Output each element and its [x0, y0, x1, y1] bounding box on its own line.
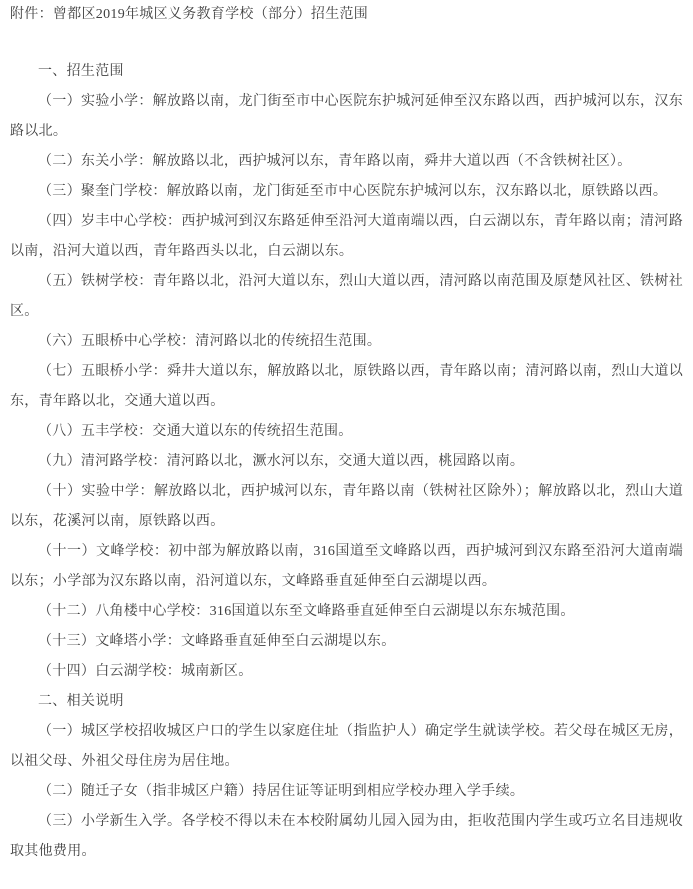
paragraph: （四）岁丰中心学校：西护城河到汉东路延伸至沿河大道南端以西，白云湖以东，青年路以…: [10, 207, 683, 267]
paragraph: （一）实验小学：解放路以南，龙门街至市中心医院东护城河延伸至汉东路以西，西护城河…: [10, 87, 683, 147]
document: 附件：曾都区2019年城区义务教育学校（部分）招生范围 一、招生范围（一）实验小…: [0, 0, 693, 867]
paragraph: （六）五眼桥中心学校：清河路以北的传统招生范围。: [10, 327, 683, 357]
page: 附件：曾都区2019年城区义务教育学校（部分）招生范围 一、招生范围（一）实验小…: [0, 0, 693, 889]
paragraph: （九）清河路学校：清河路以北，㵐水河以东，交通大道以西，桃园路以南。: [10, 447, 683, 477]
paragraph: （三）小学新生入学。各学校不得以未在本校附属幼儿园入园为由，拒收范围内学生或巧立…: [10, 807, 683, 867]
paragraph: （十四）白云湖学校：城南新区。: [10, 657, 683, 687]
paragraph: （五）铁树学校：青年路以北，沿河大道以东，烈山大道以西，清河路以南范围及原楚风社…: [10, 267, 683, 327]
section-heading: 一、招生范围: [10, 57, 683, 87]
paragraph: （七）五眼桥小学：舜井大道以东，解放路以北，原铁路以西，青年路以南；清河路以南，…: [10, 357, 683, 417]
paragraph: （二）东关小学：解放路以北，西护城河以东，青年路以南，舜井大道以西（不含铁树社区…: [10, 147, 683, 177]
document-title: 附件：曾都区2019年城区义务教育学校（部分）招生范围: [10, 0, 683, 30]
document-body: 一、招生范围（一）实验小学：解放路以南，龙门街至市中心医院东护城河延伸至汉东路以…: [10, 57, 683, 867]
paragraph: （十）实验中学：解放路以北，西护城河以东，青年路以南（铁树社区除外）；解放路以北…: [10, 477, 683, 537]
paragraph: （十一）文峰学校：初中部为解放路以南，316国道至文峰路以西，西护城河到汉东路至…: [10, 537, 683, 597]
paragraph: （三）聚奎门学校：解放路以南，龙门街延至市中心医院东护城河以东，汉东路以北，原铁…: [10, 177, 683, 207]
paragraph: （十二）八角楼中心学校：316国道以东至文峰路垂直延伸至白云湖堤以东东城范围。: [10, 597, 683, 627]
paragraph: （二）随迁子女（指非城区户籍）持居住证等证明到相应学校办理入学手续。: [10, 777, 683, 807]
section-heading: 二、相关说明: [10, 687, 683, 717]
paragraph: （八）五丰学校：交通大道以东的传统招生范围。: [10, 417, 683, 447]
paragraph: （十三）文峰塔小学：文峰路垂直延伸至白云湖堤以东。: [10, 627, 683, 657]
paragraph: （一）城区学校招收城区户口的学生以家庭住址（指监护人）确定学生就读学校。若父母在…: [10, 717, 683, 777]
